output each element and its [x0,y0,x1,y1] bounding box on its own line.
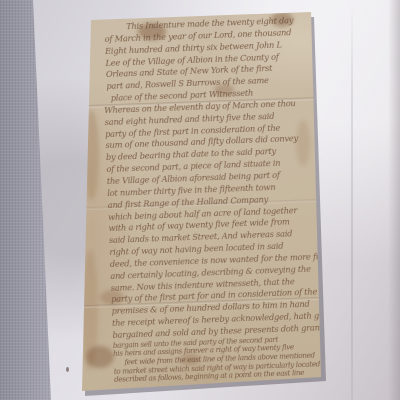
handwritten-text-block: This Indenture made the twenty eight day… [104,14,335,384]
backdrop-fabric [0,0,60,400]
manuscript-paper: This Indenture made the twenty eight day… [0,0,400,400]
board-seam [351,0,353,400]
dust-speck [66,367,69,372]
edge-discoloration [84,110,99,200]
photo-of-antique-document: This Indenture made the twenty eight day… [0,0,400,400]
board-right-edge-shadow [388,0,400,400]
ink-stain [86,346,114,368]
